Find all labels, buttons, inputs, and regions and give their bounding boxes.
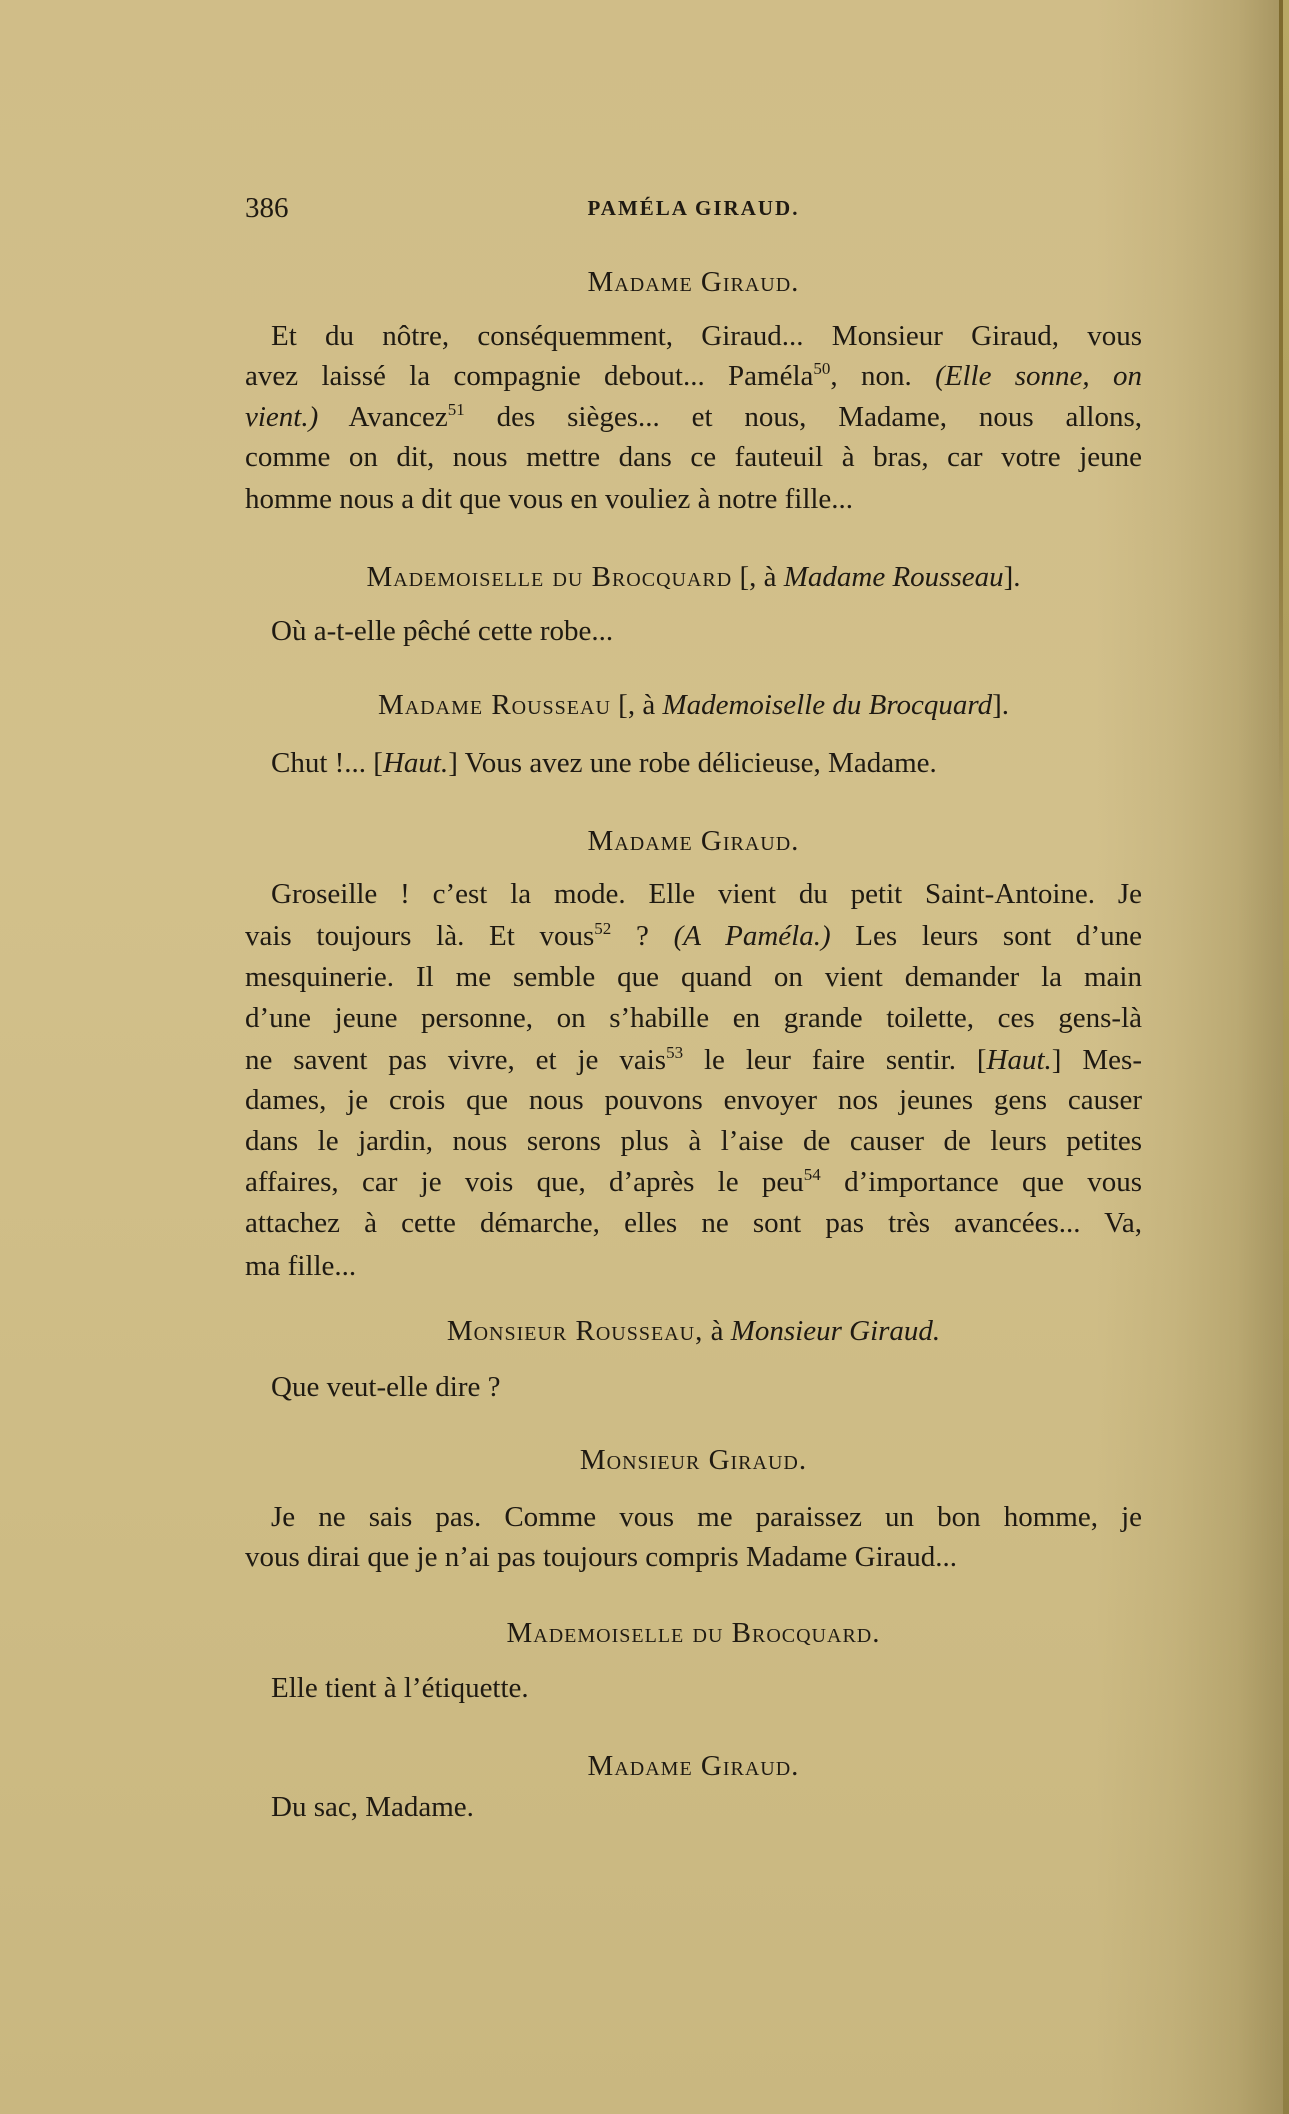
- speaker-heading: Monsieur Rousseau, à Monsieur Giraud.: [245, 1313, 1142, 1349]
- text: Avancez: [318, 401, 448, 433]
- text: d’importance que vous: [821, 1166, 1142, 1198]
- text: [, à: [732, 561, 784, 593]
- text: Où a-t-elle pêché cette robe...: [271, 615, 613, 647]
- speech-line: vais toujours là. Et vous52 ? (A Paméla.…: [245, 918, 1142, 954]
- text: [, à: [611, 689, 663, 721]
- speech-line: Et du nôtre, conséquemment, Giraud... Mo…: [245, 318, 1142, 354]
- footnote-ref[interactable]: 53: [666, 1043, 683, 1062]
- text: vais toujours là. Et vous: [245, 920, 594, 952]
- stage-direction: Haut.: [987, 1044, 1052, 1076]
- text: ma fille...: [245, 1250, 356, 1282]
- speech-line: avez laissé la compagnie debout... Pamél…: [245, 358, 1142, 394]
- text: attachez à cette démarche, elles ne sont…: [245, 1207, 1142, 1239]
- speech-line: ma fille...: [245, 1248, 1142, 1284]
- stage-direction: Mademoiselle du Brocquard: [662, 689, 992, 721]
- stage-direction: Monsieur Giraud.: [731, 1315, 940, 1347]
- text: avez laissé la compagnie debout... Pamél…: [245, 360, 813, 392]
- speech-line: ne savent pas vivre, et je vais53 le leu…: [245, 1042, 1142, 1078]
- text: Elle tient à l’étiquette.: [271, 1672, 529, 1704]
- text: des sièges... et nous, Madame, nous allo…: [465, 401, 1142, 433]
- text: Je ne sais pas. Comme vous me paraissez …: [271, 1501, 1142, 1533]
- speaker-name: Madame Giraud.: [588, 266, 800, 298]
- footnote-ref[interactable]: 50: [813, 359, 830, 378]
- speech-line: homme nous a dit que vous en vouliez à n…: [245, 481, 1142, 517]
- speech-line: attachez à cette démarche, elles ne sont…: [245, 1205, 1142, 1241]
- speech-line: Groseille ! c’est la mode. Elle vient du…: [245, 876, 1142, 912]
- speech-line: dames, je crois que nous pouvons envoyer…: [245, 1082, 1142, 1118]
- text: ne savent pas vivre, et je vais: [245, 1044, 666, 1076]
- speaker-heading: Mademoiselle du Brocquard.: [245, 1615, 1142, 1651]
- speaker-heading: Monsieur Giraud.: [245, 1442, 1142, 1478]
- speech-line: mesquinerie. Il me semble que quand on v…: [245, 959, 1142, 995]
- footnote-ref[interactable]: 51: [448, 400, 465, 419]
- text: , non.: [830, 360, 935, 392]
- text: d’une jeune personne, on s’habille en gr…: [245, 1002, 1142, 1034]
- speaker-heading: Madame Giraud.: [245, 823, 1142, 859]
- stage-direction: (A Paméla.): [674, 920, 831, 952]
- speech-line: d’une jeune personne, on s’habille en gr…: [245, 1000, 1142, 1036]
- text: vous dirai que je n’ai pas toujours comp…: [245, 1541, 957, 1573]
- speech-line: dans le jardin, nous serons plus à l’ais…: [245, 1123, 1142, 1159]
- speaker-name: Monsieur Rousseau,: [447, 1315, 704, 1347]
- text: homme nous a dit que vous en vouliez à n…: [245, 483, 853, 515]
- speaker-name: Madame Giraud.: [588, 825, 800, 857]
- text: dans le jardin, nous serons plus à l’ais…: [245, 1125, 1142, 1157]
- speaker-name: Madame Giraud.: [588, 1750, 800, 1782]
- page-edge: [1283, 0, 1289, 2114]
- speaker-name: Madame Rousseau: [378, 689, 611, 721]
- text: Et du nôtre, conséquemment, Giraud... Mo…: [271, 320, 1142, 352]
- text: le leur faire sentir. [: [683, 1044, 986, 1076]
- text: comme on dit, nous mettre dans ce fauteu…: [245, 441, 1142, 473]
- text: Que veut-elle dire ?: [271, 1371, 500, 1403]
- text: ] Mes-: [1052, 1044, 1142, 1076]
- running-title: PAMÉLA GIRAUD.: [245, 190, 1142, 226]
- speech-line: Que veut-elle dire ?: [245, 1369, 1168, 1405]
- text: Chut !... [: [271, 747, 383, 779]
- text: ?: [611, 920, 673, 952]
- speaker-name: Mademoiselle du Brocquard: [366, 561, 732, 593]
- stage-direction: (Elle sonne, on: [935, 360, 1142, 392]
- speech-line: Elle tient à l’étiquette.: [245, 1670, 1168, 1706]
- text: ] Vous avez une robe délicieuse, Madame.: [448, 747, 937, 779]
- stage-direction: vient.): [245, 401, 318, 433]
- text: mesquinerie. Il me semble que quand on v…: [245, 961, 1142, 993]
- speech-line: Je ne sais pas. Comme vous me paraissez …: [245, 1499, 1142, 1535]
- speaker-heading: Madame Rousseau [, à Mademoiselle du Bro…: [245, 687, 1142, 723]
- speaker-heading: Mademoiselle du Brocquard [, à Madame Ro…: [245, 559, 1142, 595]
- speaker-heading: Madame Giraud.: [245, 1748, 1142, 1784]
- stage-direction: Madame Rousseau: [784, 561, 1004, 593]
- speaker-name: Monsieur Giraud.: [580, 1444, 807, 1476]
- speech-line: Chut !... [Haut.] Vous avez une robe dél…: [245, 745, 1168, 781]
- text: Groseille ! c’est la mode. Elle vient du…: [271, 878, 1142, 910]
- text: Du sac, Madame.: [271, 1791, 474, 1823]
- footnote-ref[interactable]: 54: [804, 1165, 821, 1184]
- speech-line: comme on dit, nous mettre dans ce fauteu…: [245, 439, 1142, 475]
- speaker-heading: Madame Giraud.: [245, 264, 1142, 300]
- running-head: 386 PAMÉLA GIRAUD.: [245, 190, 1142, 226]
- text: dames, je crois que nous pouvons envoyer…: [245, 1084, 1142, 1116]
- footnote-ref[interactable]: 52: [594, 919, 611, 938]
- stage-direction: Haut.: [383, 747, 448, 779]
- speech-line: Où a-t-elle pêché cette robe...: [245, 613, 1168, 649]
- speech-line: Du sac, Madame.: [245, 1789, 1168, 1825]
- text: à: [703, 1315, 730, 1347]
- speech-line: vient.) Avancez51 des sièges... et nous,…: [245, 399, 1142, 435]
- text: affaires, car je vois que, d’après le pe…: [245, 1166, 804, 1198]
- speech-line: affaires, car je vois que, d’après le pe…: [245, 1164, 1142, 1200]
- text: ].: [992, 689, 1009, 721]
- text: ].: [1004, 561, 1021, 593]
- text: Les leurs sont d’une: [831, 920, 1142, 952]
- speech-line: vous dirai que je n’ai pas toujours comp…: [245, 1539, 1142, 1575]
- speaker-name: Mademoiselle du Brocquard.: [507, 1617, 881, 1649]
